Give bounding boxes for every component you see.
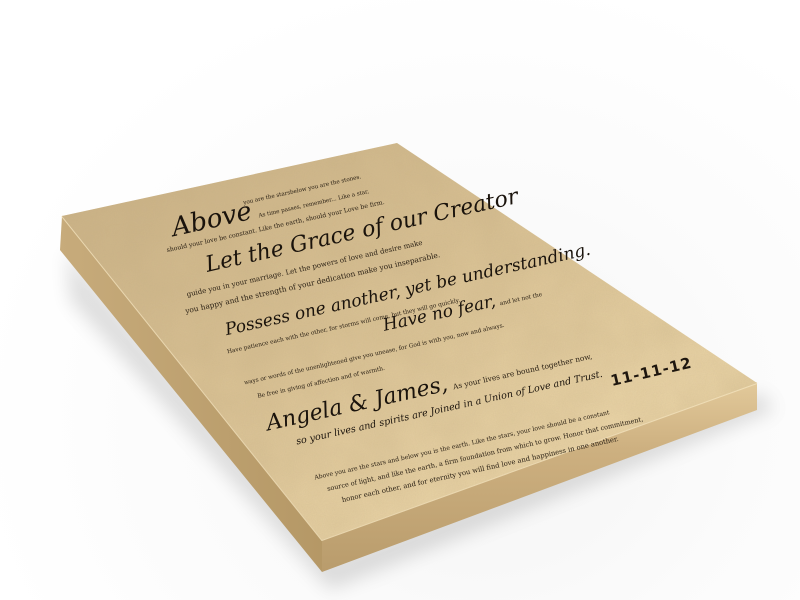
plaque-scene: you are the starsbelow you are the stone… [0, 0, 800, 600]
